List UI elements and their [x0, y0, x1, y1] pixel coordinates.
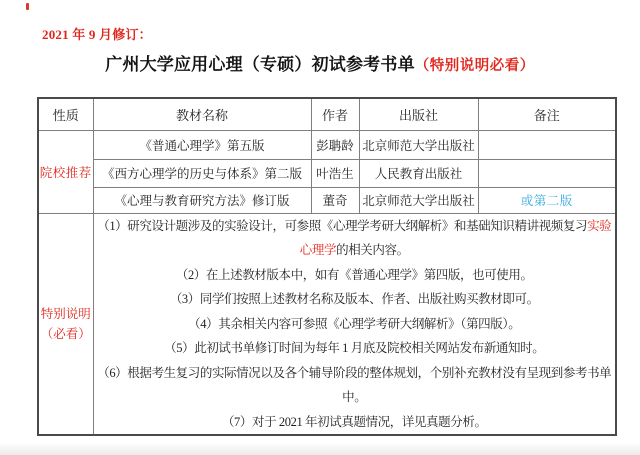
header-author: 作者 [311, 98, 359, 130]
header-nature: 性质 [38, 98, 93, 130]
table-row: 《西方心理学的历史与体系》第二版 叶浩生 人民教育出版社 [38, 159, 616, 187]
book-author: 彭聃龄 [311, 130, 359, 159]
reference-book-table: 性质 教材名称 作者 出版社 备注 院校推荐 《普通心理学》第五版 彭聃龄 北京… [37, 97, 617, 436]
book-author: 董奇 [311, 187, 359, 213]
table-row: 院校推荐 《普通心理学》第五版 彭聃龄 北京师范大学出版社 [38, 130, 616, 159]
special-label-line2: （必看） [39, 324, 93, 344]
note-item-5: （5）此初试书单修订时间为每年 1 月底及院校相关网站发布新通知时。 [94, 336, 616, 361]
note-item-7: （7）对于 2021 年初试真题情况，详见真题分析。 [94, 410, 616, 435]
book-publisher: 人民教育出版社 [359, 159, 478, 187]
stray-red-mark [26, 3, 29, 10]
book-name: 《普通心理学》第五版 [93, 130, 311, 159]
note-item-2: （2）在上述教材版本中，如有《普通心理学》第四版，也可使用。 [94, 263, 616, 288]
book-publisher: 北京师范大学出版社 [359, 130, 478, 159]
table-header-row: 性质 教材名称 作者 出版社 备注 [38, 98, 616, 130]
document-title: 广州大学应用心理（专硕）初试参考书单（特别说明必看） [0, 50, 640, 75]
note-item-3: （3）同学们按照上述教材名称及版本、作者、出版社购买教材即可。 [94, 287, 616, 312]
header-book-name: 教材名称 [93, 98, 311, 130]
special-notes-content: （1）研究设计题涉及的实验设计，可参照《心理学考研大纲解析》和基础知识精讲视频复… [93, 213, 616, 435]
special-notes-label: 特别说明 （必看） [38, 213, 93, 435]
book-name: 《西方心理学的历史与体系》第二版 [93, 159, 311, 187]
title-text: 广州大学应用心理（专硕）初试参考书单 [105, 55, 415, 74]
group-label-recommended: 院校推荐 [38, 130, 93, 213]
book-name: 《心理与教育研究方法》修订版 [93, 187, 311, 213]
table-row: 《心理与教育研究方法》修订版 董奇 北京师范大学出版社 或第二版 [38, 187, 616, 213]
note-item-1: （1）研究设计题涉及的实验设计，可参照《心理学考研大纲解析》和基础知识精讲视频复… [94, 214, 616, 263]
book-publisher: 北京师范大学出版社 [359, 187, 478, 213]
header-remark: 备注 [478, 98, 616, 130]
revision-date: 2021 年 9 月修订： [42, 24, 152, 43]
page-bottom-shade [0, 442, 640, 455]
special-label-line1: 特别说明 [39, 304, 93, 324]
book-remark [478, 159, 616, 187]
title-highlight: （特别说明必看） [415, 58, 535, 74]
book-author: 叶浩生 [311, 159, 359, 187]
special-notes-row: 特别说明 （必看） （1）研究设计题涉及的实验设计，可参照《心理学考研大纲解析》… [38, 213, 616, 435]
book-remark: 或第二版 [478, 187, 616, 213]
note-item-4: （4）其余相关内容可参照《心理学考研大纲解析》（第四版）。 [94, 312, 616, 337]
header-publisher: 出版社 [359, 98, 478, 130]
note-item-6: （6）根据考生复习的实际情况以及各个辅导阶段的整体规划，个别补充教材没有呈现到参… [94, 361, 616, 410]
book-remark [478, 130, 616, 159]
